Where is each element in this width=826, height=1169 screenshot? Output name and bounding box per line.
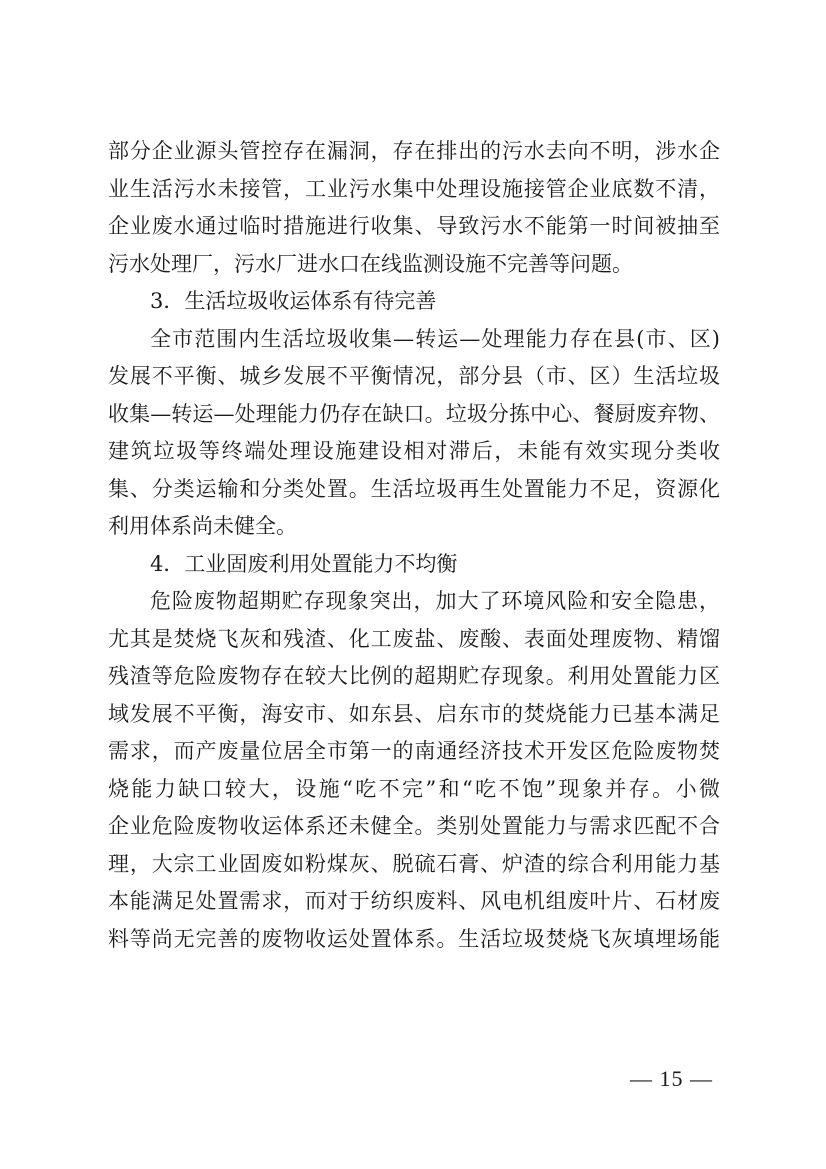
text-line: 污水处理厂，污水厂进水口在线监测设施不完善等问题。 — [108, 246, 720, 284]
text-line: 料等尚无完善的废物收运处置体系。生活垃圾焚烧飞灰填埋场能 — [108, 921, 720, 959]
text-line: 尤其是焚烧飞灰和残渣、化工废盐、废酸、表面处理废物、精馏 — [108, 621, 720, 659]
text-line: 利用体系尚未健全。 — [108, 508, 720, 546]
page-number: — 15 — — [630, 1066, 713, 1092]
text-line: 残渣等危险废物存在较大比例的超期贮存现象。利用处置能力区 — [108, 658, 720, 696]
text-line: 业生活污水未接管，工业污水集中处理设施接管企业底数不清， — [108, 171, 720, 209]
text-line: 发展不平衡、城乡发展不平衡情况，部分县（市、区）生活垃圾 — [108, 358, 720, 396]
text-line: 域发展不平衡，海安市、如东县、启东市的焚烧能力已基本满足 — [108, 696, 720, 734]
text-line: 需求，而产废量位居全市第一的南通经济技术开发区危险废物焚 — [108, 733, 720, 771]
document-page: 部分企业源头管控存在漏洞，存在排出的污水去向不明，涉水企 业生活污水未接管，工业… — [108, 133, 720, 958]
text-line: 收集—转运—处理能力仍存在缺口。垃圾分拣中心、餐厨废弃物、 — [108, 396, 720, 434]
text-line: 烧能力缺口较大，设施“吃不完”和“吃不饱”现象并存。小微 — [108, 771, 720, 809]
text-line: 集、分类运输和分类处置。生活垃圾再生处置能力不足，资源化 — [108, 471, 720, 509]
text-line: 危险废物超期贮存现象突出，加大了环境风险和安全隐患， — [108, 583, 720, 621]
paragraph-domestic-waste: 全市范围内生活垃圾收集—转运—处理能力存在县(市、区) 发展不平衡、城乡发展不平… — [108, 321, 720, 546]
text-line: 理，大宗工业固废如粉煤灰、脱硫石膏、炉渣的综合利用能力基 — [108, 846, 720, 884]
paragraph-industrial-solid-waste: 危险废物超期贮存现象突出，加大了环境风险和安全隐患， 尤其是焚烧飞灰和残渣、化工… — [108, 583, 720, 958]
text-line: 部分企业源头管控存在漏洞，存在排出的污水去向不明，涉水企 — [108, 133, 720, 171]
section-heading-3: 3．生活垃圾收运体系有待完善 — [108, 283, 720, 321]
text-line: 企业危险废物收运体系还未健全。类别处置能力与需求匹配不合 — [108, 808, 720, 846]
text-line: 建筑垃圾等终端处理设施建设相对滞后，未能有效实现分类收 — [108, 433, 720, 471]
text-line: 全市范围内生活垃圾收集—转运—处理能力存在县(市、区) — [108, 321, 720, 359]
section-heading-4: 4．工业固废利用处置能力不均衡 — [108, 546, 720, 584]
text-line: 本能满足处置需求，而对于纺织废料、风电机组废叶片、石材废 — [108, 883, 720, 921]
text-line: 企业废水通过临时措施进行收集、导致污水不能第一时间被抽至 — [108, 208, 720, 246]
paragraph-sewage-continuation: 部分企业源头管控存在漏洞，存在排出的污水去向不明，涉水企 业生活污水未接管，工业… — [108, 133, 720, 283]
